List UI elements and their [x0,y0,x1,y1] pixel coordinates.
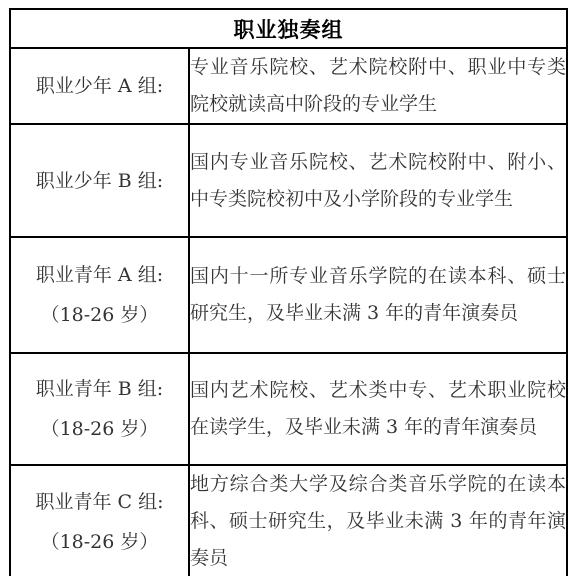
group-label: 职业青年 B 组: [11,369,188,409]
group-description: 国内十一所专业音乐学院的在读本科、硕士研究生，及毕业未满 3 年的青年演奏员 [189,237,567,353]
document-page: 职业独奏组 职业少年 A 组: 专业音乐院校、艺术院校附中、职业中专类院校就读高… [0,0,577,576]
group-label: 职业少年 B 组: [11,161,188,201]
group-label-cell: 职业青年 B 组: （18-26 岁） [10,353,189,465]
group-label: 职业少年 A 组: [11,66,188,106]
table-header-row: 职业独奏组 [10,9,567,48]
group-label-cell: 职业少年 B 组: [10,124,189,237]
professional-solo-group-table: 职业独奏组 职业少年 A 组: 专业音乐院校、艺术院校附中、职业中专类院校就读高… [9,8,568,576]
group-description: 专业音乐院校、艺术院校附中、职业中专类院校就读高中阶段的专业学生 [189,48,567,124]
table-row: 职业少年 A 组: 专业音乐院校、艺术院校附中、职业中专类院校就读高中阶段的专业… [10,48,567,124]
table-row: 职业青年 A 组: （18-26 岁） 国内十一所专业音乐学院的在读本科、硕士研… [10,237,567,353]
group-description: 地方综合类大学及综合类音乐学院的在读本科、硕士研究生，及毕业未满 3 年的青年演… [189,465,567,576]
group-label: 职业青年 A 组: [11,255,188,295]
group-label-cell: 职业青年 A 组: （18-26 岁） [10,237,189,353]
table-title: 职业独奏组 [10,9,567,48]
group-description: 国内艺术院校、艺术类中专、艺术职业院校在读学生，及毕业未满 3 年的青年演奏员 [189,353,567,465]
table-row: 职业少年 B 组: 国内专业音乐院校、艺术院校附中、附小、中专类院校初中及小学阶… [10,124,567,237]
group-age-range: （18-26 岁） [11,409,188,449]
table-row: 职业青年 B 组: （18-26 岁） 国内艺术院校、艺术类中专、艺术职业院校在… [10,353,567,465]
group-label: 职业青年 C 组: [11,482,188,522]
group-age-range: （18-26 岁） [11,522,188,562]
group-description: 国内专业音乐院校、艺术院校附中、附小、中专类院校初中及小学阶段的专业学生 [189,124,567,237]
group-age-range: （18-26 岁） [11,295,188,335]
group-label-cell: 职业青年 C 组: （18-26 岁） [10,465,189,576]
group-label-cell: 职业少年 A 组: [10,48,189,124]
table-row: 职业青年 C 组: （18-26 岁） 地方综合类大学及综合类音乐学院的在读本科… [10,465,567,576]
